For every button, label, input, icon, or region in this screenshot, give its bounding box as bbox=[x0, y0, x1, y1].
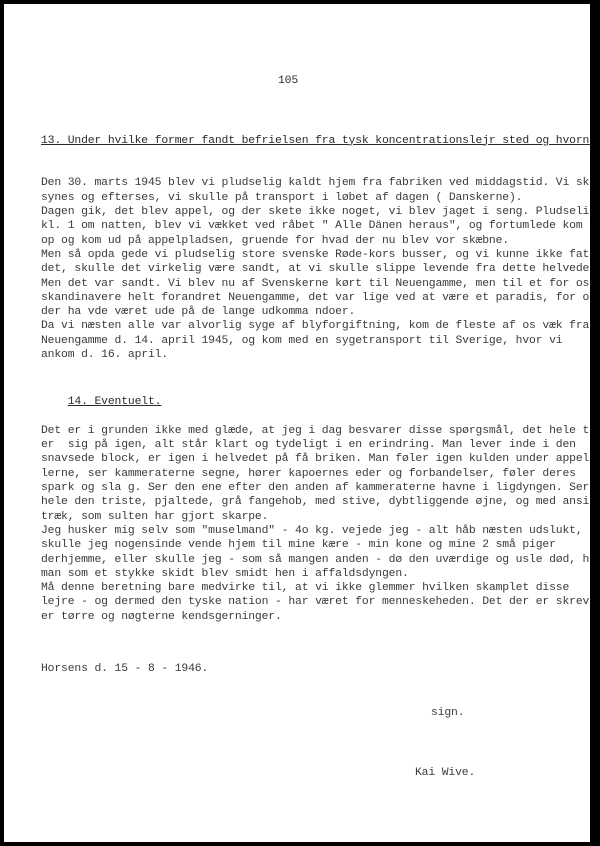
text-line: Neuengamme d. 14. april 1945, og kom med… bbox=[41, 334, 590, 348]
section-14-body: Det er i grunden ikke med glæde, at jeg … bbox=[41, 424, 590, 624]
section-13-body: Den 30. marts 1945 blev vi pludselig kal… bbox=[41, 176, 590, 362]
sign-label: sign. bbox=[415, 703, 475, 723]
text-line: er tørre og nøgterne kendsgerninger. bbox=[41, 610, 590, 624]
text-line: skandinavere helt forandret Neuengamme, … bbox=[41, 291, 590, 305]
section-14: 14. Eventuelt. Det er i grunden ikke med… bbox=[41, 381, 590, 653]
place-date: Horsens d. 15 - 8 - 1946. bbox=[41, 663, 208, 675]
section-13-heading: 13. Under hvilke former fandt befrielsen… bbox=[41, 134, 590, 148]
text-line: snavsede block, er igen i helvedet på få… bbox=[41, 452, 590, 466]
text-line: Må denne beretning bare medvirke til, at… bbox=[41, 581, 590, 595]
text-line: synes og efterses, vi skulle på transpor… bbox=[41, 191, 590, 205]
document-page: 105 13. Under hvilke former fandt befrie… bbox=[4, 4, 590, 842]
text-line: Jeg husker mig selv som "muselmand" - 4o… bbox=[41, 524, 590, 538]
text-line: man som et stykke skidt blev smidt hen i… bbox=[41, 567, 590, 581]
text-line: Det er i grunden ikke med glæde, at jeg … bbox=[41, 424, 590, 438]
text-line: Men så opda gede vi pludselig store sven… bbox=[41, 248, 590, 262]
text-line: det, skulle det virkelig være sandt, at … bbox=[41, 262, 590, 276]
text-line: lejre - og dermed den tyske nation - har… bbox=[41, 595, 590, 609]
text-line: Men det var sandt. Vi blev nu af Svenske… bbox=[41, 277, 590, 291]
text-line: der ha vde været ude på de lange udkomma… bbox=[41, 305, 590, 319]
text-line: op og kom ud på appelpladsen, gruende fo… bbox=[41, 234, 590, 248]
signature-name: Kai Wive. bbox=[415, 763, 475, 783]
text-line: Den 30. marts 1945 blev vi pludselig kal… bbox=[41, 176, 590, 190]
text-line: skulle jeg nogensinde vende hjem til min… bbox=[41, 538, 590, 552]
text-line: derhjemme, eller skulle jeg - som så man… bbox=[41, 553, 590, 567]
section-14-heading: 14. Eventuelt. bbox=[68, 395, 162, 409]
text-line: ankom d. 16. april. bbox=[41, 348, 590, 362]
text-line: spark og sla g. Ser den ene efter den an… bbox=[41, 481, 590, 495]
text-line: træk, som sulten har gjort skarpe. bbox=[41, 510, 590, 524]
text-line: Da vi næsten alle var alvorlig syge af b… bbox=[41, 319, 590, 333]
text-line: er sig på igen, alt står klart og tydeli… bbox=[41, 438, 590, 452]
text-line: lerne, ser kammeraterne segne, hører kap… bbox=[41, 467, 590, 481]
section-13: 13. Under hvilke former fandt befrielsen… bbox=[41, 105, 590, 391]
page-number: 105 bbox=[278, 75, 298, 87]
text-line: Dagen gik, det blev appel, og der skete … bbox=[41, 205, 590, 219]
text-line: kl. 1 om natten, blev vi vækket ved råbe… bbox=[41, 219, 590, 233]
signature-block: sign. Kai Wive. bbox=[415, 663, 475, 823]
text-line: hele den triste, pjaltede, grå fangehob,… bbox=[41, 495, 590, 509]
